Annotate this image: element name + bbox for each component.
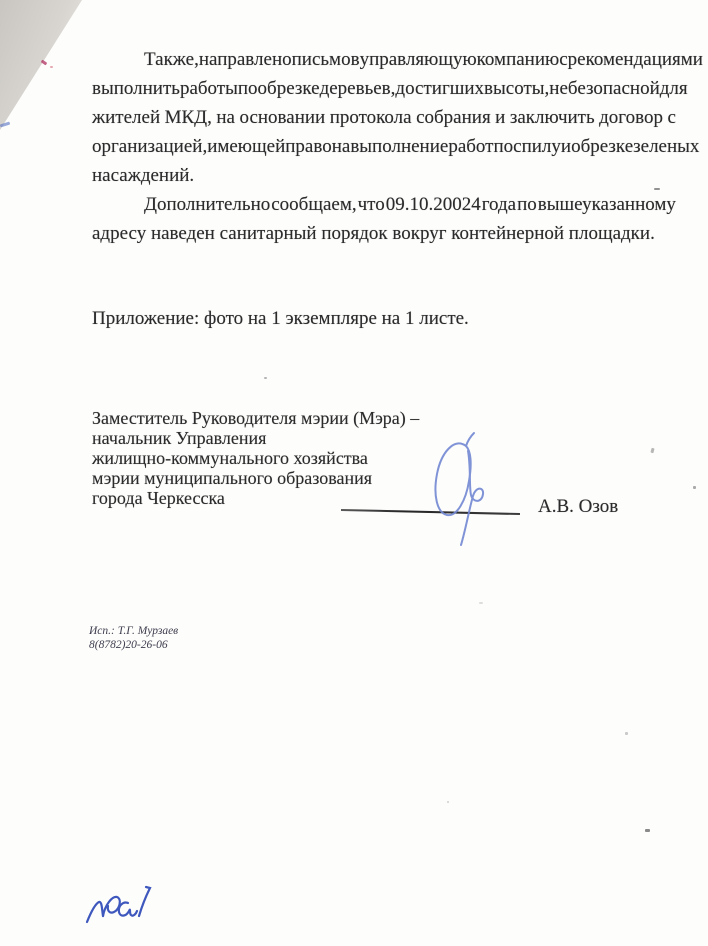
scan-speck-dark <box>645 829 650 832</box>
paragraph-recommendations: Также,направленописьмовуправляющуюкомпан… <box>92 45 676 190</box>
text-line: выполнитьработыпообрезкедеревьев,достигш… <box>92 74 676 103</box>
scan-speck <box>693 486 696 489</box>
scan-speck-red <box>41 60 48 66</box>
signatory-name: А.В. Озов <box>538 496 618 518</box>
text-line: мэрии муниципального образования <box>92 468 452 488</box>
text-line: насаждений. <box>92 161 676 190</box>
text-line: города Черкесска <box>92 488 452 508</box>
scan-speck-red-small <box>50 66 53 68</box>
executor-info: Исп.: Т.Г. Мурзаев8(8782)20-26-06 <box>89 624 178 652</box>
scan-speck <box>264 377 267 379</box>
scanned-letter-page: Также,направленописьмовуправляющуюкомпан… <box>0 0 708 946</box>
paragraph-additional-info: Дополнительносообщаем,что09.10.20024года… <box>92 190 676 248</box>
text-line: жилищно-коммунального хозяйства <box>92 448 452 468</box>
scan-speck-dash <box>654 188 660 190</box>
text-line: Заместитель Руководителя мэрии (Мэра) – <box>92 408 452 428</box>
text-line: начальник Управления <box>92 428 452 448</box>
text-line: Исп.: Т.Г. Мурзаев <box>89 624 178 638</box>
signatory-title-block: Заместитель Руководителя мэрии (Мэра) –н… <box>92 408 452 508</box>
text-line: жителейМКД,наоснованиипротоколасобранияи… <box>92 103 676 132</box>
page-fold-corner <box>0 0 96 142</box>
text-line: организацией,имеющейправонавыполнениераб… <box>92 132 676 161</box>
text-line: 8(8782)20-26-06 <box>89 638 178 652</box>
text-line: адресу наведен санитарный порядок вокруг… <box>92 219 676 248</box>
scan-speck <box>650 448 654 454</box>
scan-speck <box>447 801 449 803</box>
official-signature-ink <box>420 425 510 555</box>
handwritten-mark-ink <box>78 872 162 936</box>
scan-speck <box>625 732 628 735</box>
attachment-line: Приложение: фото на 1 экземпляре на 1 ли… <box>92 304 469 333</box>
text-line: Также,направленописьмовуправляющуюкомпан… <box>92 45 676 74</box>
scan-speck <box>479 602 483 604</box>
text-line: Дополнительносообщаем,что09.10.20024года… <box>92 190 676 219</box>
